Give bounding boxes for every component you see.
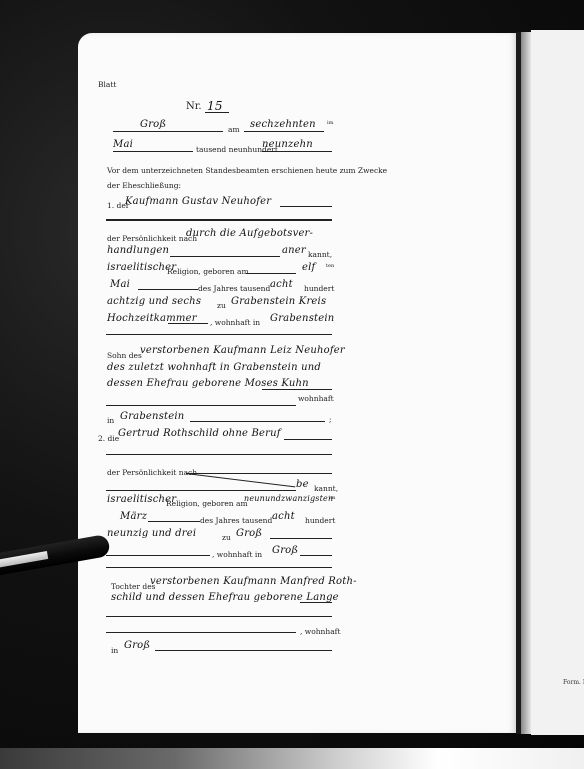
party2-parents-in-label: in xyxy=(111,646,118,655)
intro-line-1: Vor dem unterzeichneten Standesbeamten e… xyxy=(107,166,387,175)
party1-parents-in-label: in xyxy=(107,416,114,425)
party2-parents-1: verstorbenen Kaufmann Manfred Roth- xyxy=(150,576,357,587)
party2-parents-wohnhaft: , wohnhaft xyxy=(300,627,340,636)
party1-parents-wohnhaft: wohnhaft xyxy=(298,394,334,403)
party1-year-label: des Jahres tausend xyxy=(198,284,270,293)
party1-birth-year: achtzig und sechs xyxy=(107,296,201,307)
party2-birth-day: neunundzwanzigsten xyxy=(244,494,333,503)
party1-hundert-label: hundert xyxy=(304,284,334,293)
register-page-right xyxy=(531,30,584,735)
party2-parents-residence: Groß xyxy=(124,640,150,651)
party2-birth-century: acht xyxy=(272,511,295,522)
party2-im-label: im xyxy=(329,495,335,501)
party1-religion-label: Religion, geboren am xyxy=(167,267,249,276)
party2-identity-label: der Persönlichkeit nach xyxy=(107,468,197,477)
party1-known-label: kannt, xyxy=(308,250,332,259)
nr-value: 15 xyxy=(207,99,223,113)
party1-birthplace-1: Grabenstein Kreis xyxy=(231,296,326,307)
party2-birthplace: Groß xyxy=(236,528,262,539)
party1-parents-residence: Grabenstein xyxy=(120,411,184,422)
party1-birth-century: acht xyxy=(270,279,293,290)
nr-label: Nr. xyxy=(186,101,202,112)
im-label: im xyxy=(327,120,333,126)
party1-end-mark: ; xyxy=(329,415,332,424)
party2-known-label: kannt, xyxy=(314,484,338,493)
party1-religion: israelitischer xyxy=(107,262,176,273)
party1-name: Kaufmann Gustav Neuhofer xyxy=(125,196,271,207)
party2-religion-label: Religion, geboren am xyxy=(166,499,248,508)
party2-name: Gertrud Rothschild ohne Beruf xyxy=(118,428,281,439)
party2-zu-label: zu xyxy=(222,533,231,542)
party1-parents-3: dessen Ehefrau geborene Moses Kuhn xyxy=(107,378,309,389)
party1-parents-1: verstorbenen Kaufmann Leiz Neuhofer xyxy=(140,345,345,356)
party2-known-value: be xyxy=(296,479,309,490)
blatt-label: Blatt xyxy=(98,80,116,89)
registration-place: Groß xyxy=(140,119,166,130)
party1-identity-1: durch die Aufgebotsver- xyxy=(186,228,313,239)
am-label: am xyxy=(228,125,240,134)
registration-day: sechzehnten xyxy=(250,119,316,130)
registration-month: Mai xyxy=(113,139,133,150)
party2-parents-label: Tochter des xyxy=(111,582,155,591)
gutter-shadow xyxy=(521,32,531,734)
party2-birth-month: März xyxy=(120,511,147,522)
party1-wohnhaft-label: , wohnhaft in xyxy=(210,318,260,327)
party2-hundert-label: hundert xyxy=(305,516,335,525)
party2-birth-year: neunzig und drei xyxy=(107,528,196,539)
party1-im-label: ten xyxy=(326,263,334,269)
party1-parents-label: Sohn des xyxy=(107,351,142,360)
party1-birth-day: elf xyxy=(302,262,315,273)
party1-identity-label: der Persönlichkeit nach xyxy=(107,234,197,243)
party2-label: 2. die xyxy=(98,434,119,443)
party1-residence: Grabenstein xyxy=(270,313,334,324)
registration-year: neunzehn xyxy=(262,139,313,150)
intro-line-2: der Eheschließung: xyxy=(107,181,181,190)
party1-parents-2: des zuletzt wohnhaft in Grabenstein und xyxy=(107,362,321,373)
form-mark: Form. B xyxy=(563,679,584,686)
party2-year-label: des Jahres tausend xyxy=(200,516,272,525)
party1-birth-month: Mai xyxy=(110,279,130,290)
party1-known-value: aner xyxy=(282,245,306,256)
party2-residence: Groß xyxy=(272,545,298,556)
party2-wohnhaft-label: , wohnhaft in xyxy=(212,550,262,559)
party1-identity-2: handlungen xyxy=(107,245,169,256)
scan-footer-strip xyxy=(0,748,584,769)
party1-zu-label: zu xyxy=(217,301,226,310)
